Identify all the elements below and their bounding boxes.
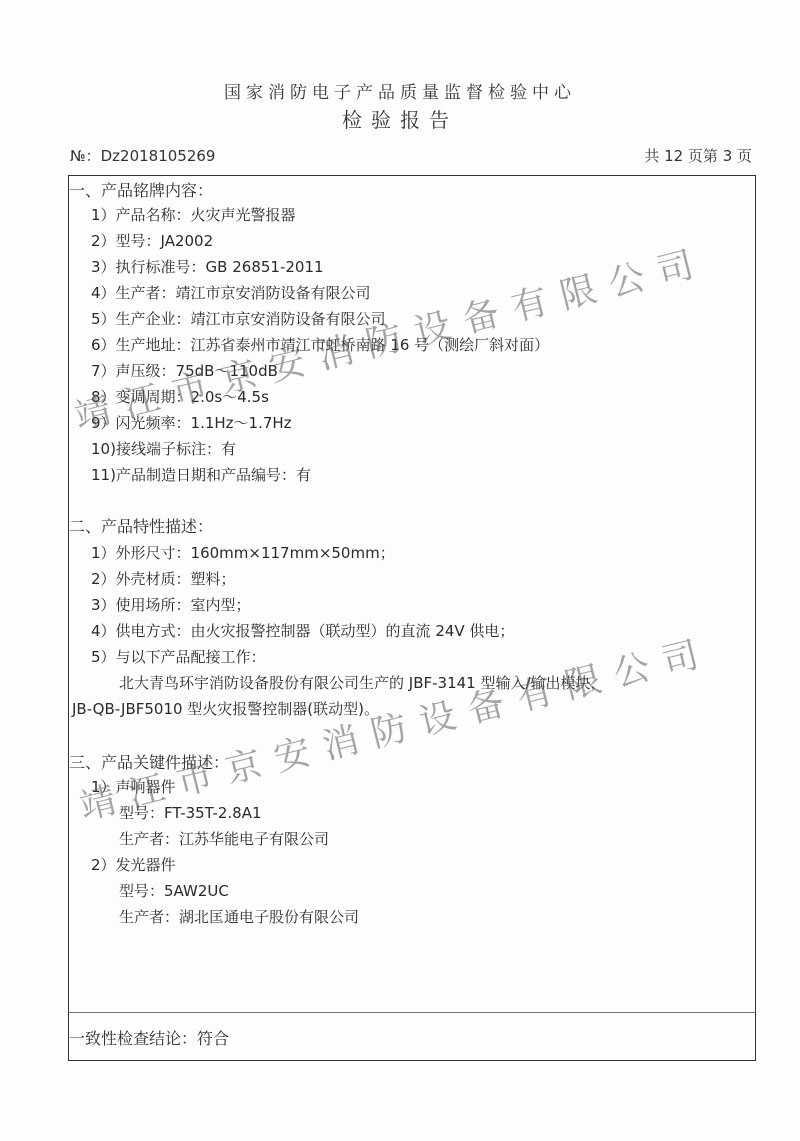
section2-heading: 二、产品特性描述：: [69, 514, 213, 537]
nameplate-item: 3）执行标准号：GB 26851-2011: [91, 256, 324, 277]
component-model: 型号：FT-35T-2.8A1: [119, 802, 262, 823]
nameplate-item: 2）型号：JA2002: [91, 230, 213, 251]
conclusion-divider: [69, 1012, 755, 1013]
component-model: 型号：5AW2UC: [119, 880, 229, 901]
nameplate-item: 1）产品名称：火灾声光警报器: [91, 204, 296, 225]
page-info: 共 12 页第 3 页: [644, 145, 752, 166]
report-number: №：Dz2018105269: [70, 145, 215, 166]
compatible-products-line1: 北大青鸟环宇消防设备股份有限公司生产的 JBF-3141 型输入/输出模块，: [119, 672, 606, 693]
nameplate-item: 10)接线端子标注：有: [91, 438, 236, 459]
nameplate-item: 8）变调周期：2.0s～4.5s: [91, 386, 269, 407]
nameplate-item: 7）声压级：75dB～110dB: [91, 360, 278, 381]
section3-heading: 三、产品关键件描述：: [69, 750, 229, 773]
section1-heading: 一、产品铭牌内容：: [69, 178, 213, 201]
header-organization: 国家消防电子产品质量监督检验中心: [0, 78, 800, 103]
component-manufacturer: 生产者：江苏华能电子有限公司: [119, 828, 329, 849]
compatible-products-line2: JB-QB-JBF5010 型火灾报警控制器(联动型)。: [72, 698, 379, 719]
characteristic-item: 5）与以下产品配接工作：: [91, 646, 266, 667]
characteristic-item: 2）外壳材质：塑料；: [91, 568, 236, 589]
nameplate-item: 5）生产企业：靖江市京安消防设备有限公司: [91, 308, 386, 329]
component-name: 2）发光器件: [91, 854, 176, 875]
report-content-box: 一、产品铭牌内容： 1）产品名称：火灾声光警报器 2）型号：JA2002 3）执…: [68, 175, 756, 1061]
nameplate-item: 4）生产者：靖江市京安消防设备有限公司: [91, 282, 371, 303]
nameplate-item: 11)产品制造日期和产品编号：有: [91, 464, 311, 485]
nameplate-item: 6）生产地址：江苏省泰州市靖江市虹桥南路 16 号（测绘厂斜对面）: [91, 334, 549, 355]
conformity-conclusion: 一致性检查结论：符合: [69, 1026, 229, 1049]
component-name: 1）声响器件: [91, 776, 176, 797]
characteristic-item: 3）使用场所：室内型；: [91, 594, 251, 615]
component-manufacturer: 生产者：湖北匡通电子股份有限公司: [119, 906, 359, 927]
report-title: 检验报告: [0, 104, 800, 133]
nameplate-item: 9）闪光频率：1.1Hz～1.7Hz: [91, 412, 292, 433]
characteristic-item: 4）供电方式：由火灾报警控制器（联动型）的直流 24V 供电；: [91, 620, 514, 641]
characteristic-item: 1）外形尺寸：160mm×117mm×50mm；: [91, 542, 395, 563]
